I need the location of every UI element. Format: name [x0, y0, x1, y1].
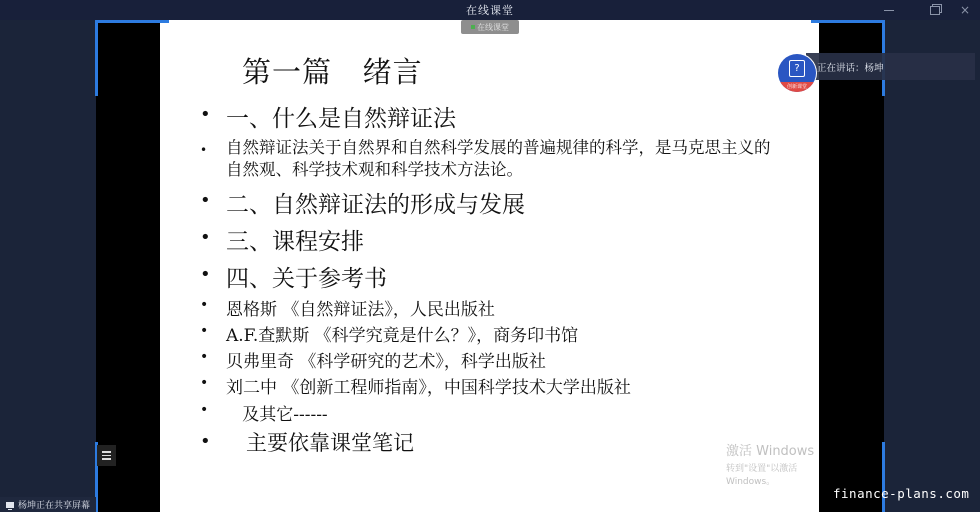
slide-bullet: • 刘二中 《创新工程师指南》，中国科学技术大学出版社: [200, 373, 631, 398]
speaking-text: 正在讲话：杨坤: [817, 60, 884, 74]
slide-heading: 第一篇 绪言: [242, 50, 423, 91]
share-tag[interactable]: 在线课堂: [461, 20, 519, 34]
menu-button[interactable]: [97, 445, 116, 466]
close-button[interactable]: ×: [948, 0, 980, 20]
frame-corner-top-left: [95, 20, 98, 96]
course-badge[interactable]: ? 创新课堂: [778, 54, 816, 92]
sharing-status: 杨坤正在共享屏幕: [0, 497, 96, 512]
bullet-icon: •: [200, 427, 226, 457]
shared-slide: 第一篇 绪言 • 一、什么是自然辩证法 • 自然辩证法关于自然界和自然科学发展的…: [160, 20, 819, 512]
menu-icon: [102, 451, 111, 453]
slide-bullet: • 一、什么是自然辩证法: [200, 100, 456, 133]
maximize-button[interactable]: [918, 0, 952, 20]
signal-icon: [471, 25, 475, 29]
slide-bullet: • 及其它------: [200, 400, 328, 425]
slide-bullet: • 恩格斯 《自然辩证法》，人民出版社: [200, 295, 495, 320]
slide-bullet: • 自然辩证法关于自然界和自然科学发展的普遍规律的科学，是马克思主义的自然观、科…: [200, 137, 786, 181]
frame-corner-top-right: [811, 20, 885, 23]
bullet-icon: •: [200, 295, 226, 320]
share-tag-label: 在线课堂: [477, 22, 509, 33]
bullet-icon: •: [200, 137, 226, 181]
bullet-icon: •: [200, 186, 226, 219]
bullet-icon: •: [200, 260, 226, 293]
question-edit-icon: ?: [789, 60, 805, 77]
bullet-icon: •: [200, 400, 226, 425]
frame-corner-bottom-right: [882, 442, 885, 512]
bullet-icon: •: [200, 223, 226, 256]
windows-activation-watermark: 激活 Windows 转到"设置"以激活 Windows。: [726, 440, 819, 487]
bullet-icon: •: [200, 321, 226, 346]
slide-bullet: • 主要依靠课堂笔记: [200, 427, 414, 457]
title-bar: 在线课堂 ×: [0, 0, 980, 20]
frame-corner-top-left: [95, 20, 169, 23]
bullet-icon: •: [200, 373, 226, 398]
slide-bullet: • A.F.查默斯 《科学究竟是什么？》，商务印书馆: [200, 321, 578, 346]
bullet-icon: •: [200, 100, 226, 133]
minimize-button[interactable]: [872, 0, 906, 20]
speaking-indicator: 正在讲话：杨坤: [806, 53, 975, 80]
bullet-icon: •: [200, 347, 226, 372]
screen-share-icon: [6, 502, 14, 508]
window-title: 在线课堂: [0, 2, 980, 18]
slide-bullet: • 贝弗里奇 《科学研究的艺术》，科学出版社: [200, 347, 546, 372]
slide-bullet: • 三、课程安排: [200, 223, 364, 256]
sharing-status-text: 杨坤正在共享屏幕: [18, 498, 90, 511]
slide-bullet: • 四、关于参考书: [200, 260, 387, 293]
slide-bullet: • 二、自然辩证法的形成与发展: [200, 186, 525, 219]
badge-label: 创新课堂: [778, 82, 816, 92]
site-watermark: finance-plans.com: [833, 486, 969, 501]
